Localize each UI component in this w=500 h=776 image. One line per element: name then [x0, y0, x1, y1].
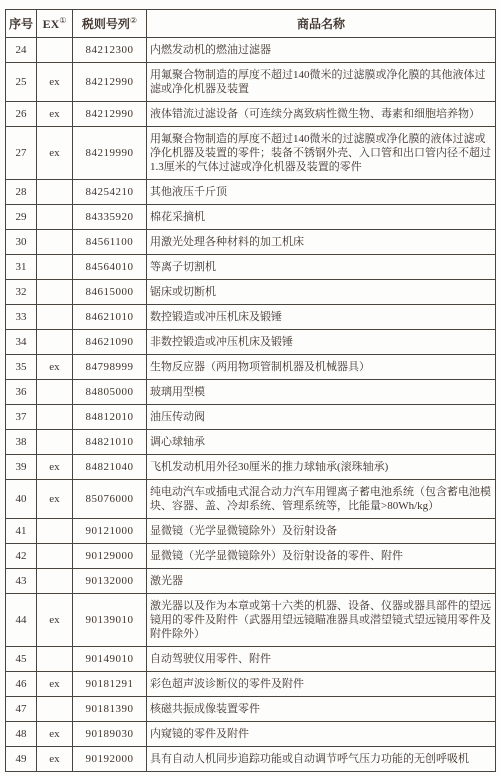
header-product-name: 商品名称 [147, 10, 496, 38]
tariff-code-cell: 90181291 [73, 672, 147, 697]
table-row: 26 ex 84212990 液体错流过滤设备（可连续分离致病性微生物、毒素和细… [6, 102, 496, 127]
tariff-code-cell: 84821010 [73, 430, 147, 455]
header-ex-label: EX [43, 17, 60, 31]
product-name-cell: 用氟聚合物制造的厚度不超过140微米的过滤膜或净化膜的其他液体过滤或净化机器及装… [147, 63, 496, 102]
tariff-code-cell: 84212990 [73, 63, 147, 102]
serial-number-cell: 35 [6, 355, 37, 380]
table-row: 48 ex 90189030 内窥镜的零件及附件 [6, 722, 496, 747]
table-row: 32 84615000 锯床或切断机 [6, 280, 496, 305]
table-row: 29 84335920 棉花采摘机 [6, 205, 496, 230]
ex-flag-cell: ex [37, 355, 73, 380]
ex-flag-cell [37, 255, 73, 280]
ex-flag-cell [37, 230, 73, 255]
serial-number-cell: 33 [6, 305, 37, 330]
table-row: 39 ex 84821040 飞机发动机用外径30厘米的推力球轴承(滚珠轴承) [6, 455, 496, 480]
ex-flag-cell [37, 180, 73, 205]
tariff-code-cell: 84621090 [73, 330, 147, 355]
serial-number-cell: 41 [6, 519, 37, 544]
header-tariff-code: 税则号列② [73, 10, 147, 38]
ex-flag-cell: ex [37, 455, 73, 480]
serial-number-cell: 46 [6, 672, 37, 697]
tariff-code-cell: 90192000 [73, 747, 147, 772]
tariff-exclusion-table: 序号 EX① 税则号列② 商品名称 24 84212300 内燃发动机的燃油过滤… [5, 9, 496, 772]
tariff-code-cell: 84219990 [73, 127, 147, 180]
product-name-cell: 飞机发动机用外径30厘米的推力球轴承(滚珠轴承) [147, 455, 496, 480]
serial-number-cell: 45 [6, 647, 37, 672]
table-row: 38 84821010 调心球轴承 [6, 430, 496, 455]
ex-flag-cell [37, 380, 73, 405]
table-row: 40 ex 85076000 纯电动汽车或插电式混合动力汽车用锂离子蓄电池系统（… [6, 480, 496, 519]
serial-number-cell: 48 [6, 722, 37, 747]
serial-number-cell: 32 [6, 280, 37, 305]
tariff-code-cell: 84805000 [73, 380, 147, 405]
product-name-cell: 油压传动阀 [147, 405, 496, 430]
serial-number-cell: 43 [6, 569, 37, 594]
serial-number-cell: 39 [6, 455, 37, 480]
table-row: 27 ex 84219990 用氟聚合物制造的厚度不超过140微米的过滤膜或净化… [6, 127, 496, 180]
product-name-cell: 核磁共振成像装置零件 [147, 697, 496, 722]
ex-flag-cell: ex [37, 480, 73, 519]
product-name-cell: 调心球轴承 [147, 430, 496, 455]
table-row: 49 ex 90192000 具有自动人机同步追踪功能或自动调节呼气压力功能的无… [6, 747, 496, 772]
tariff-code-cell: 84621010 [73, 305, 147, 330]
ex-flag-cell: ex [37, 102, 73, 127]
serial-number-cell: 47 [6, 697, 37, 722]
product-name-cell: 等离子切割机 [147, 255, 496, 280]
ex-flag-cell [37, 305, 73, 330]
product-name-cell: 具有自动人机同步追踪功能或自动调节呼气压力功能的无创呼吸机 [147, 747, 496, 772]
product-name-cell: 内窥镜的零件及附件 [147, 722, 496, 747]
table-row: 36 84805000 玻璃用型模 [6, 380, 496, 405]
serial-number-cell: 38 [6, 430, 37, 455]
product-name-cell: 玻璃用型模 [147, 380, 496, 405]
table-row: 46 ex 90181291 彩色超声波诊断仪的零件及附件 [6, 672, 496, 697]
product-name-cell: 非数控锻造或冲压机床及锻锤 [147, 330, 496, 355]
table-body: 24 84212300 内燃发动机的燃油过滤器 25 ex 84212990 用… [6, 38, 496, 772]
table-row: 28 84254210 其他液压千斤顶 [6, 180, 496, 205]
table-row: 41 90121000 显微镜（光学显微镜除外）及衍射设备 [6, 519, 496, 544]
table-row: 47 90181390 核磁共振成像装置零件 [6, 697, 496, 722]
tariff-code-cell: 90129000 [73, 544, 147, 569]
serial-number-cell: 42 [6, 544, 37, 569]
serial-number-cell: 49 [6, 747, 37, 772]
table-row: 42 90129000 显微镜（光学显微镜除外）及衍射设备的零件、附件 [6, 544, 496, 569]
serial-number-cell: 30 [6, 230, 37, 255]
tariff-code-cell: 90121000 [73, 519, 147, 544]
table-row: 37 84812010 油压传动阀 [6, 405, 496, 430]
tariff-code-cell: 85076000 [73, 480, 147, 519]
product-name-cell: 棉花采摘机 [147, 205, 496, 230]
table-row: 31 84564010 等离子切割机 [6, 255, 496, 280]
table-row: 34 84621090 非数控锻造或冲压机床及锻锤 [6, 330, 496, 355]
serial-number-cell: 29 [6, 205, 37, 230]
tariff-code-cell: 90181390 [73, 697, 147, 722]
ex-flag-cell: ex [37, 722, 73, 747]
header-serial-number: 序号 [6, 10, 37, 38]
header-tariff-code-label: 税则号列 [82, 17, 130, 31]
serial-number-cell: 27 [6, 127, 37, 180]
product-name-cell: 内燃发动机的燃油过滤器 [147, 38, 496, 63]
serial-number-cell: 31 [6, 255, 37, 280]
ex-flag-cell [37, 647, 73, 672]
tariff-code-cell: 84615000 [73, 280, 147, 305]
tariff-code-cell: 84212990 [73, 102, 147, 127]
serial-number-cell: 26 [6, 102, 37, 127]
table-row: 24 84212300 内燃发动机的燃油过滤器 [6, 38, 496, 63]
ex-flag-cell [37, 430, 73, 455]
serial-number-cell: 28 [6, 180, 37, 205]
tariff-code-cell: 90139010 [73, 594, 147, 647]
product-name-cell: 锯床或切断机 [147, 280, 496, 305]
table-row: 45 90149010 自动驾驶仪用零件、附件 [6, 647, 496, 672]
tariff-code-cell: 84564010 [73, 255, 147, 280]
tariff-code-cell: 84254210 [73, 180, 147, 205]
header-ex: EX① [37, 10, 73, 38]
product-name-cell: 用激光处理各种材料的加工机床 [147, 230, 496, 255]
serial-number-cell: 40 [6, 480, 37, 519]
ex-flag-cell [37, 205, 73, 230]
product-name-cell: 激光器以及作为本章或第十六类的机器、设备、仪器或器具部件的望远镜用的零件及附件（… [147, 594, 496, 647]
product-name-cell: 其他液压千斤顶 [147, 180, 496, 205]
serial-number-cell: 24 [6, 38, 37, 63]
ex-flag-cell: ex [37, 63, 73, 102]
ex-flag-cell [37, 38, 73, 63]
table-row: 44 ex 90139010 激光器以及作为本章或第十六类的机器、设备、仪器或器… [6, 594, 496, 647]
ex-flag-cell: ex [37, 594, 73, 647]
serial-number-cell: 34 [6, 330, 37, 355]
scanned-document-page: 序号 EX① 税则号列② 商品名称 24 84212300 内燃发动机的燃油过滤… [0, 0, 500, 776]
ex-flag-cell [37, 544, 73, 569]
product-name-cell: 显微镜（光学显微镜除外）及衍射设备 [147, 519, 496, 544]
serial-number-cell: 36 [6, 380, 37, 405]
tariff-code-cell: 84798999 [73, 355, 147, 380]
ex-flag-cell [37, 519, 73, 544]
table-header-row: 序号 EX① 税则号列② 商品名称 [6, 10, 496, 38]
tariff-code-cell: 84821040 [73, 455, 147, 480]
ex-flag-cell: ex [37, 672, 73, 697]
product-name-cell: 纯电动汽车或插电式混合动力汽车用锂离子蓄电池系统（包含蓄电池模块、容器、盖、冷却… [147, 480, 496, 519]
ex-flag-cell [37, 697, 73, 722]
product-name-cell: 自动驾驶仪用零件、附件 [147, 647, 496, 672]
table-row: 30 84561100 用激光处理各种材料的加工机床 [6, 230, 496, 255]
tariff-code-cell: 84335920 [73, 205, 147, 230]
tariff-code-cell: 84812010 [73, 405, 147, 430]
table-row: 25 ex 84212990 用氟聚合物制造的厚度不超过140微米的过滤膜或净化… [6, 63, 496, 102]
table-row: 43 90132000 激光器 [6, 569, 496, 594]
ex-flag-cell: ex [37, 127, 73, 180]
serial-number-cell: 44 [6, 594, 37, 647]
ex-flag-cell [37, 280, 73, 305]
tariff-code-cell: 90149010 [73, 647, 147, 672]
ex-flag-cell [37, 569, 73, 594]
product-name-cell: 激光器 [147, 569, 496, 594]
table-row: 33 84621010 数控锻造或冲压机床及锻锤 [6, 305, 496, 330]
product-name-cell: 显微镜（光学显微镜除外）及衍射设备的零件、附件 [147, 544, 496, 569]
serial-number-cell: 25 [6, 63, 37, 102]
product-name-cell: 生物反应器（两用物项管制机器及机械器具） [147, 355, 496, 380]
product-name-cell: 液体错流过滤设备（可连续分离致病性微生物、毒素和细胞培养物） [147, 102, 496, 127]
tariff-code-cell: 90132000 [73, 569, 147, 594]
tariff-code-cell: 84561100 [73, 230, 147, 255]
tariff-code-cell: 84212300 [73, 38, 147, 63]
serial-number-cell: 37 [6, 405, 37, 430]
footnote-mark-2: ② [130, 16, 137, 25]
product-name-cell: 彩色超声波诊断仪的零件及附件 [147, 672, 496, 697]
table-row: 35 ex 84798999 生物反应器（两用物项管制机器及机械器具） [6, 355, 496, 380]
footnote-mark-1: ① [59, 16, 66, 25]
tariff-code-cell: 90189030 [73, 722, 147, 747]
product-name-cell: 数控锻造或冲压机床及锻锤 [147, 305, 496, 330]
ex-flag-cell [37, 330, 73, 355]
product-name-cell: 用氟聚合物制造的厚度不超过140微米的过滤膜或净化膜的液体过滤或净化机器及装置的… [147, 127, 496, 180]
ex-flag-cell: ex [37, 747, 73, 772]
ex-flag-cell [37, 405, 73, 430]
